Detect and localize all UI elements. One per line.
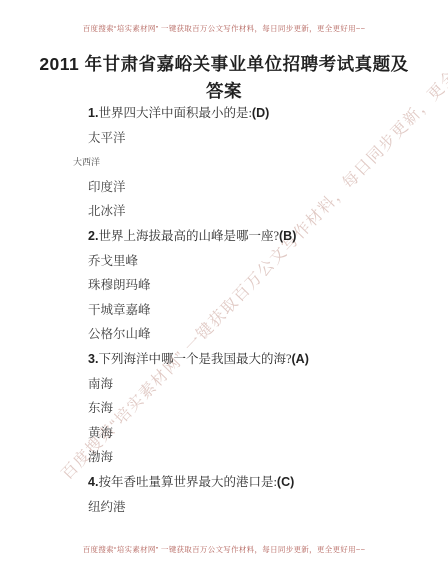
option-item: 乔戈里峰: [88, 249, 438, 274]
question-text: 世界四大洋中面积最小的是:: [98, 106, 251, 120]
question-answer: (A): [292, 352, 309, 366]
question-2: 2.世界上海拔最高的山峰是哪一座?(B): [88, 224, 438, 249]
question-4: 4.按年香吐量算世界最大的港口是:(C): [88, 470, 438, 495]
question-1: 1.世界四大洋中面积最小的是:(D): [88, 101, 438, 126]
option-item: 纽约港: [88, 495, 438, 520]
document-title-line1: 2011 年甘肃省嘉峪关事业单位招聘考试真题及: [30, 51, 418, 78]
document-page: 百度搜索“培实素材网” 一键获取百万公文写作材料，每日同步更新，更全更好用 百度…: [0, 0, 448, 580]
document-title: 2011 年甘肃省嘉峪关事业单位招聘考试真题及 答案: [30, 51, 418, 105]
option-item: 渤海: [88, 445, 438, 470]
question-number: 1.: [88, 106, 98, 120]
option-item: 南海: [88, 372, 438, 397]
option-item: 珠穆朗玛峰: [88, 273, 438, 298]
option-item: 太平洋: [88, 126, 438, 151]
question-text: 按年香吐量算世界最大的港口是:: [98, 475, 276, 489]
option-item: 大西洋: [73, 150, 438, 175]
question-text: 下列海洋中哪一个是我国最大的海?: [98, 352, 291, 366]
option-item: 东海: [88, 396, 438, 421]
question-answer: (C): [277, 475, 294, 489]
question-list: 1.世界四大洋中面积最小的是:(D) 太平洋 大西洋 印度洋 北冰洋 2.世界上…: [88, 101, 438, 519]
question-number: 3.: [88, 352, 98, 366]
question-answer: (D): [252, 106, 269, 120]
promo-banner-bottom: 百度搜索“培实素材网” 一键获取百万公文写作材料，每日同步更新，更全更好用~~: [0, 544, 448, 555]
question-3: 3.下列海洋中哪一个是我国最大的海?(A): [88, 347, 438, 372]
question-answer: (B): [279, 229, 296, 243]
promo-banner-top: 百度搜索“培实素材网” 一键获取百万公文写作材料，每日同步更新，更全更好用~~: [0, 23, 448, 34]
option-item: 黄海: [88, 421, 438, 446]
option-item: 公格尔山峰: [88, 322, 438, 347]
option-item: 干城章嘉峰: [88, 298, 438, 323]
option-item: 印度洋: [88, 175, 438, 200]
option-item: 北冰洋: [88, 199, 438, 224]
question-text: 世界上海拔最高的山峰是哪一座?: [98, 229, 279, 243]
question-number: 4.: [88, 475, 98, 489]
question-number: 2.: [88, 229, 98, 243]
